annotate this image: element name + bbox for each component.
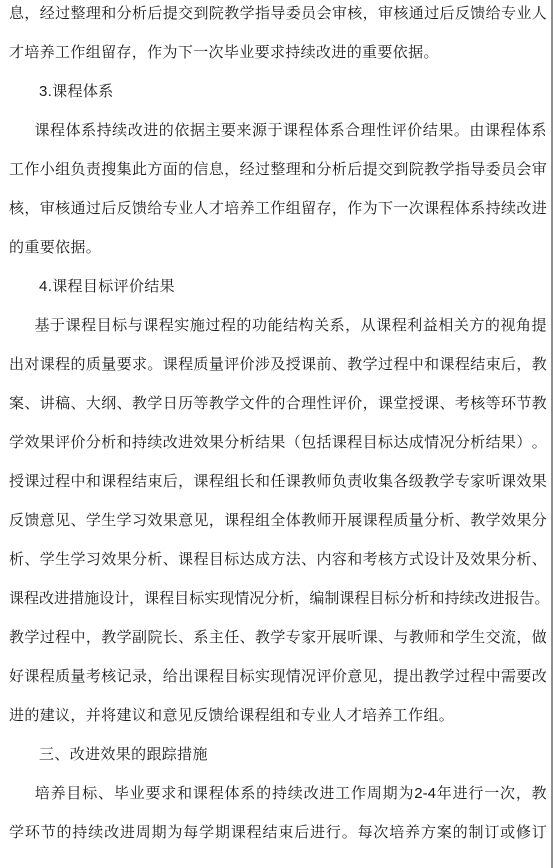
text-line: 教学过程中，教学副院长、系主任、教学专家开展听课、与教师和学生交流，做: [9, 618, 547, 657]
text-line: 出对课程的质量要求。课程质量评价涉及授课前、教学过程中和课程结束后，教: [9, 345, 547, 384]
text-line: 3.课程体系: [9, 72, 547, 111]
document-page: 息，经过整理和分析后提交到院教学指导委员会审核，审核通过后反馈给专业人才培养工作…: [0, 0, 554, 868]
text-line: 学效果评价分析和持续改进效果分析结果（包括课程目标达成情况分析结果）。: [9, 423, 547, 462]
text-line: 培养目标、毕业要求和课程体系的持续改进工作周期为2-4年进行一次，教: [9, 774, 547, 813]
text-line: 授课过程中和课程结束后，课程组长和任课教师负责收集各级教学专家听课效果: [9, 462, 547, 501]
text-line: 息，经过整理和分析后提交到院教学指导委员会审核，审核通过后反馈给专业人: [9, 0, 547, 33]
document-text: 息，经过整理和分析后提交到院教学指导委员会审核，审核通过后反馈给专业人才培养工作…: [9, 0, 547, 852]
text-line: 析、学生学习效果分析、课程目标达成方法、内容和考核方式设计及效果分析、: [9, 540, 547, 579]
text-line: 案、讲稿、大纲、教学日历等教学文件的合理性评价，课堂授课、考核等环节教: [9, 384, 547, 423]
text-line: 课程改进措施设计，课程目标实现情况分析，编制课程目标分析和持续改进报告。: [9, 579, 547, 618]
text-line: 工作小组负责搜集此方面的信息，经过整理和分析后提交到院教学指导委员会审: [9, 150, 547, 189]
text-line: 学环节的持续改进周期为每学期课程结束后进行。每次培养方案的制订或修订: [9, 813, 547, 852]
text-line: 好课程质量考核记录，给出课程目标实现情况评价意见，提出教学过程中需要改: [9, 657, 547, 696]
text-line: 的重要依据。: [9, 228, 547, 267]
text-line: 核，审核通过后反馈给专业人才培养工作组留存，作为下一次课程体系持续改进: [9, 189, 547, 228]
page-right-edge-line: [551, 0, 553, 868]
text-line: 基于课程目标与课程实施过程的功能结构关系，从课程利益相关方的视角提: [9, 306, 547, 345]
text-line: 才培养工作组留存，作为下一次毕业要求持续改进的重要依据。: [9, 33, 547, 72]
text-line: 进的建议，并将建议和意见反馈给课程组和专业人才培养工作组。: [9, 696, 547, 735]
text-line: 三、改进效果的跟踪措施: [9, 735, 547, 774]
text-line: 反馈意见、学生学习效果意见，课程组全体教师开展课程质量分析、教学效果分: [9, 501, 547, 540]
text-line: 4.课程目标评价结果: [9, 267, 547, 306]
text-line: 课程体系持续改进的依据主要来源于课程体系合理性评价结果。由课程体系: [9, 111, 547, 150]
